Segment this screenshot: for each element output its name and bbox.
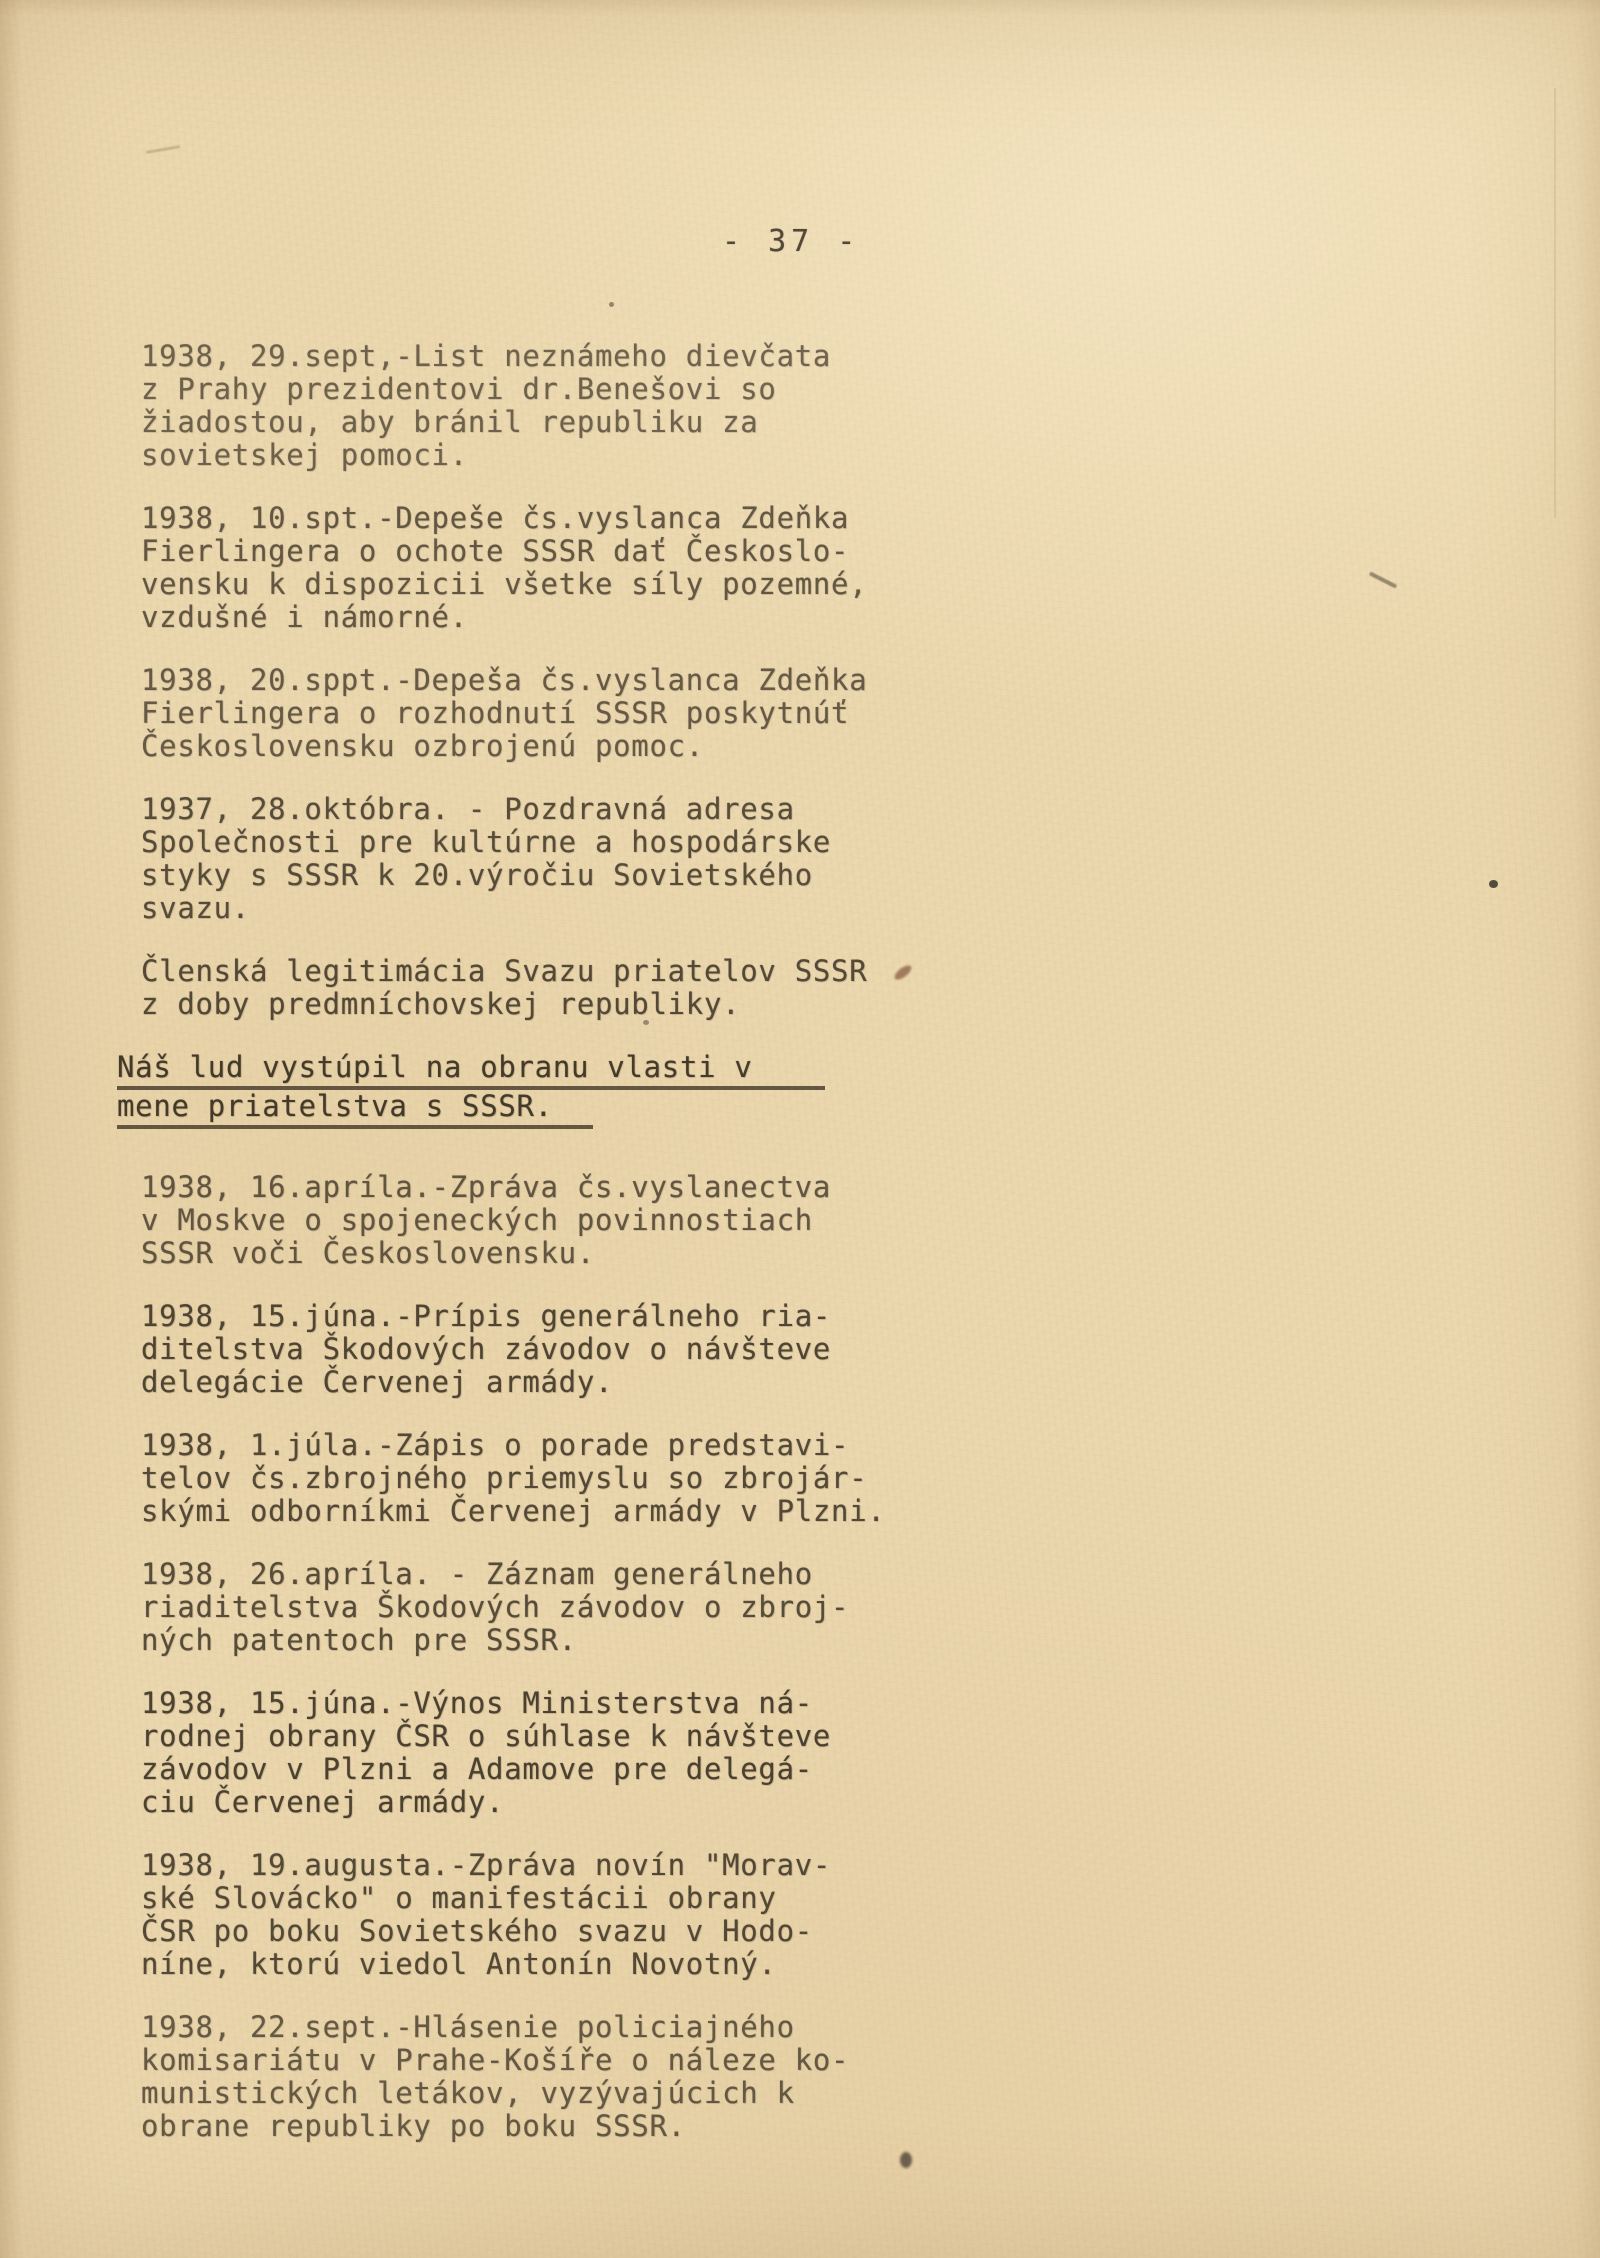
text-line: 1938, 22.sept.-Hlásenie policiajného <box>141 2011 1061 2044</box>
text-line: Členská legitimácia Svazu priatelov SSSR <box>141 955 1061 988</box>
text-line: 1938, 1.júla.-Zápis o porade predstavi- <box>141 1429 1061 1462</box>
text-line: 1938, 15.júna.-Výnos Ministerstva ná- <box>141 1687 1061 1720</box>
text-line: Československu ozbrojenú pomoc. <box>141 730 1061 763</box>
text-line: komisariátu v Prahe-Košíře o náleze ko- <box>141 2044 1061 2077</box>
heading-line: Náš lud vystúpil na obranu vlasti v <box>117 1051 1061 1090</box>
entry-block: Členská legitimácia Svazu priatelov SSSR… <box>141 955 1061 1021</box>
entry-block: 1938, 1.júla.-Zápis o porade predstavi- … <box>141 1429 1061 1528</box>
text-line: Fierlingera o rozhodnutí SSSR poskytnúť <box>141 697 1061 730</box>
text-line: SSSR voči Československu. <box>141 1237 1061 1270</box>
entry-block: 1938, 10.spt.-Depeše čs.vyslanca Zdeňka … <box>141 502 1061 634</box>
entry-block: 1938, 26.apríla. - Záznam generálneho ri… <box>141 1558 1061 1657</box>
paper-fiber <box>1554 88 1556 518</box>
entry-block: 1938, 15.júna.-Prípis generálneho ria- d… <box>141 1300 1061 1399</box>
paper-speck <box>1369 571 1398 588</box>
entry-block: 1938, 15.júna.-Výnos Ministerstva ná- ro… <box>141 1687 1061 1819</box>
entry-block: 1938, 20.sppt.-Depeša čs.vyslanca Zdeňka… <box>141 664 1061 763</box>
text-line: 1938, 19.augusta.-Zpráva novín "Morav- <box>141 1849 1061 1882</box>
text-line: telov čs.zbrojného priemyslu so zbrojár- <box>141 1462 1061 1495</box>
text-line: vzdušné i námorné. <box>141 601 1061 634</box>
text-line: ČSR po boku Sovietského svazu v Hodo- <box>141 1915 1061 1948</box>
heading-line: mene priatelstva s SSSR. <box>117 1090 1061 1129</box>
entry-block: 1938, 22.sept.-Hlásenie policiajného kom… <box>141 2011 1061 2143</box>
text-line: riaditelstva Škodových závodov o zbroj- <box>141 1591 1061 1624</box>
text-line: ných patentoch pre SSSR. <box>141 1624 1061 1657</box>
underlined-text: mene priatelstva s SSSR. <box>117 1090 593 1129</box>
text-line: 1938, 26.apríla. - Záznam generálneho <box>141 1558 1061 1591</box>
text-line: 1938, 16.apríla.-Zpráva čs.vyslanectva <box>141 1171 1061 1204</box>
text-line: závodov v Plzni a Adamove pre delegá- <box>141 1753 1061 1786</box>
text-line: styky s SSSR k 20.výročiu Sovietského <box>141 859 1061 892</box>
entry-block: 1938, 29.sept,-List neznámeho dievčata z… <box>141 340 1061 472</box>
text-line: skými odborníkmi Červenej armády v Plzni… <box>141 1495 1061 1528</box>
text-line: ciu Červenej armády. <box>141 1786 1061 1819</box>
text-line: níne, ktorú viedol Antonín Novotný. <box>141 1948 1061 1981</box>
text-line: ské Slovácko" o manifestácii obrany <box>141 1882 1061 1915</box>
text-line: Fierlingera o ochote SSSR dať Českoslo- <box>141 535 1061 568</box>
text-line: 1937, 28.októbra. - Pozdravná adresa <box>141 793 1061 826</box>
text-line: z Prahy prezidentovi dr.Benešovi so <box>141 373 1061 406</box>
text-line: v Moskve o spojeneckých povinnostiach <box>141 1204 1061 1237</box>
text-line: obrane republiky po boku SSSR. <box>141 2110 1061 2143</box>
page-number: - 37 - <box>722 224 860 259</box>
section-heading: Náš lud vystúpil na obranu vlasti v mene… <box>117 1051 1061 1129</box>
text-line: svazu. <box>141 892 1061 925</box>
text-column: 1938, 29.sept,-List neznámeho dievčata z… <box>141 340 1061 2173</box>
text-line: munistických letákov, vyzývajúcich k <box>141 2077 1061 2110</box>
text-line: ditelstva Škodových závodov o návšteve <box>141 1333 1061 1366</box>
text-line: delegácie Červenej armády. <box>141 1366 1061 1399</box>
text-line: žiadostou, aby bránil republiku za <box>141 406 1061 439</box>
text-line: 1938, 29.sept,-List neznámeho dievčata <box>141 340 1061 373</box>
entry-block: 1938, 16.apríla.-Zpráva čs.vyslanectva v… <box>141 1171 1061 1270</box>
ink-dot <box>1489 880 1498 888</box>
text-line: z doby predmníchovskej republiky. <box>141 988 1061 1021</box>
pencil-mark <box>146 145 180 154</box>
underlined-text: Náš lud vystúpil na obranu vlasti v <box>117 1051 825 1090</box>
text-line: 1938, 20.sppt.-Depeša čs.vyslanca Zdeňka <box>141 664 1061 697</box>
text-line: rodnej obrany ČSR o súhlase k návšteve <box>141 1720 1061 1753</box>
text-line: 1938, 10.spt.-Depeše čs.vyslanca Zdeňka <box>141 502 1061 535</box>
ink-dot <box>609 302 614 307</box>
text-line: 1938, 15.júna.-Prípis generálneho ria- <box>141 1300 1061 1333</box>
text-line: Společnosti pre kultúrne a hospodárske <box>141 826 1061 859</box>
document-page: - 37 - 1938, 29.sept,-List neznámeho die… <box>0 0 1600 2258</box>
entry-block: 1937, 28.októbra. - Pozdravná adresa Spo… <box>141 793 1061 925</box>
text-line: sovietskej pomoci. <box>141 439 1061 472</box>
entry-block: 1938, 19.augusta.-Zpráva novín "Morav- s… <box>141 1849 1061 1981</box>
text-line: vensku k dispozicii všetke síly pozemné, <box>141 568 1061 601</box>
